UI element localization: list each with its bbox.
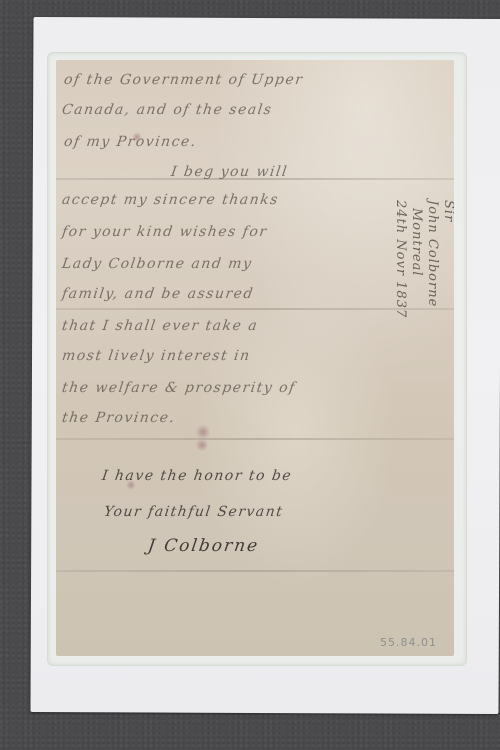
fold-line [56,438,454,440]
fold-line [56,570,454,572]
letter-line: of my Province. [63,134,198,150]
letter-line: accept my sincere thanks [61,192,280,208]
docket-line: Sir [441,200,454,222]
docket-line: 24th Novr 1837 [393,200,408,318]
letter-line: the welfare & prosperity of [61,380,297,396]
docket-line: John Colborne [425,200,440,307]
letter-line: I beg you will [170,164,289,180]
signature: J Colborne [147,536,261,556]
letter-line: the Province. [61,410,177,426]
letter-line: family, and be assured [61,286,255,302]
closing-line: Your faithful Servant [103,504,285,520]
wax-seal-stain [196,438,208,452]
closing-line: I have the honor to be [101,468,293,484]
letter-line: that I shall ever take a [61,318,259,334]
letter-line: of the Government of Upper [63,72,305,88]
accession-number: 55.84.01 [380,636,437,649]
letter-line: Lady Colborne and my [61,256,254,272]
letter-page: of the Government of Upper Canada, and o… [56,60,454,656]
letter-line: most lively interest in [61,348,252,364]
letter-line: for your kind wishes for [61,224,269,240]
letter-line: Canada, and of the seals [61,102,274,118]
docket-line: Montreal [409,208,424,277]
